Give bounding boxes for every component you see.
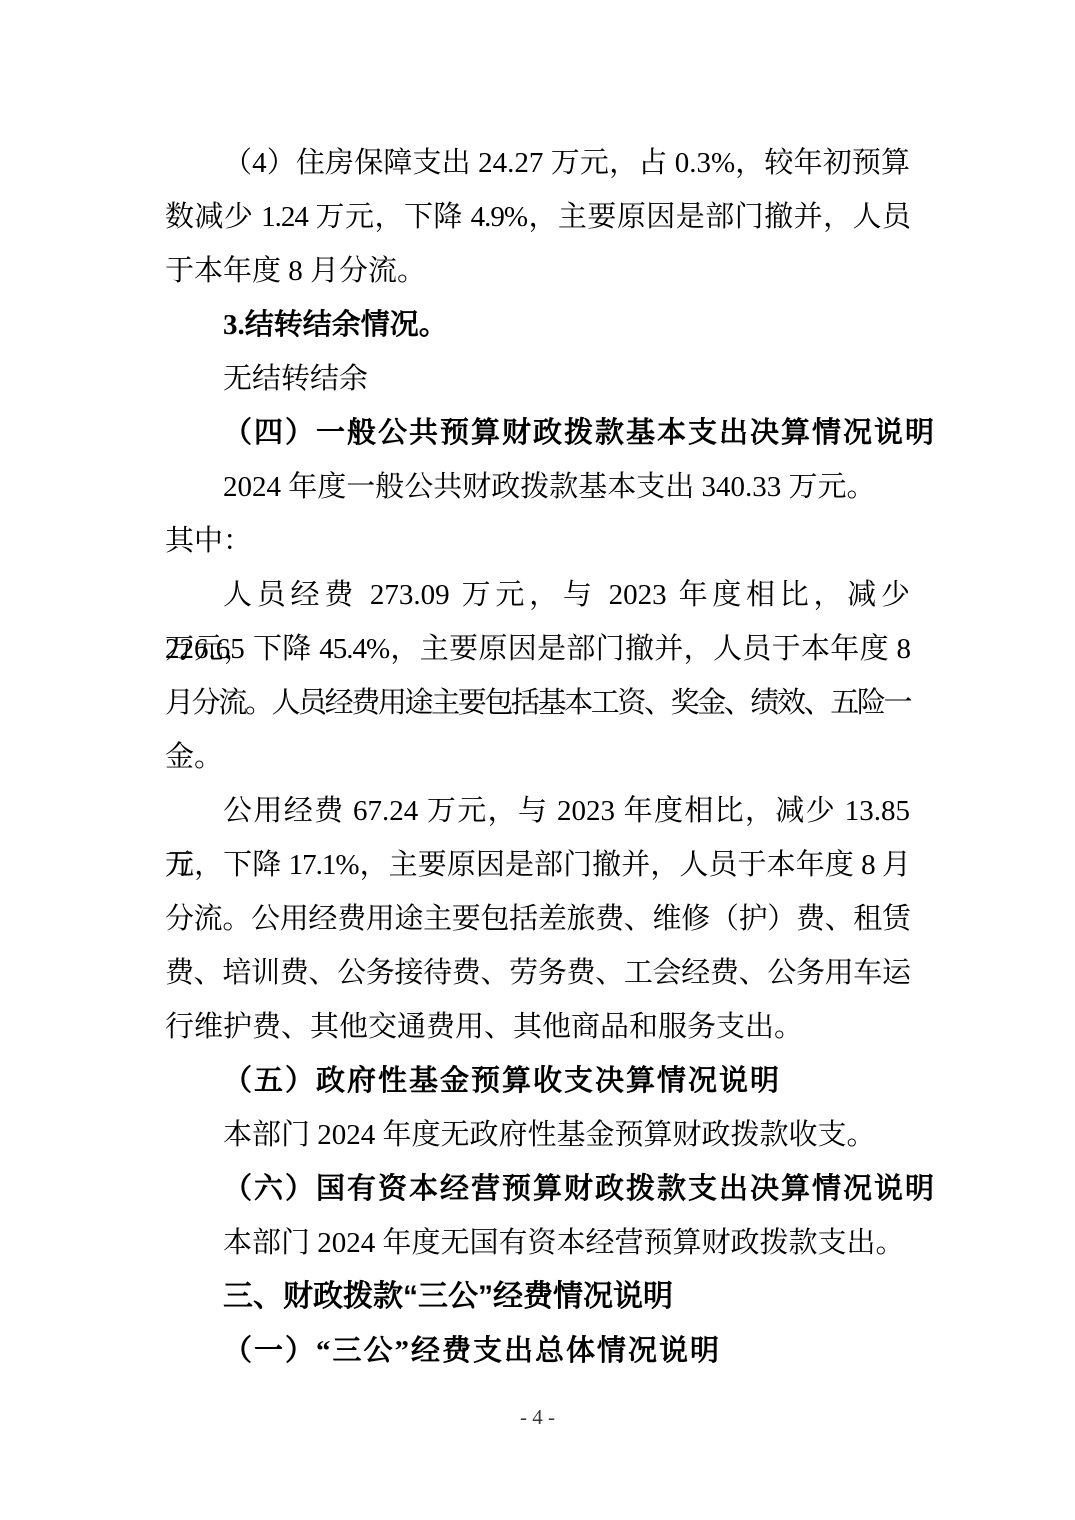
including-label: 其中： (165, 514, 910, 568)
personnel-expense-line-4: 金。 (165, 730, 910, 784)
personnel-expense-line-1: 人员经费 273.09 万元，与 2023 年度相比，减少 226.65 (165, 568, 910, 622)
personnel-expense-line-3: 月分流。人员经费用途主要包括基本工资、奖金、绩效、五险一 (165, 676, 910, 730)
heading-section-four: （四）一般公共预算财政拨款基本支出决算情况说明 (165, 406, 910, 460)
housing-expense-line-3: 于本年度 8 月分流。 (165, 244, 910, 298)
public-expense-line-3: 分流。公用经费用途主要包括差旅费、维修（护）费、租赁 (165, 892, 910, 946)
heading-section-six: （六）国有资本经营预算财政拨款支出决算情况说明 (165, 1162, 910, 1216)
document-page: （4）住房保障支出 24.27 万元，占 0.3%，较年初预算 数减少 1.24… (0, 0, 1075, 1520)
public-expense-line-5: 行维护费、其他交通费用、其他商品和服务支出。 (165, 1000, 910, 1054)
page-number: - 4 - (0, 1402, 1075, 1432)
public-expense-line-1: 公用经费 67.24 万元，与 2023 年度相比，减少 13.85 万 (165, 784, 910, 838)
state-capital-note: 本部门 2024 年度无国有资本经营预算财政拨款支出。 (165, 1216, 910, 1270)
public-expense-line-4: 费、培训费、公务接待费、劳务费、工会经费、公务用车运 (165, 946, 910, 1000)
no-carryover-note: 无结转结余 (165, 352, 910, 406)
document-body: （4）住房保障支出 24.27 万元，占 0.3%，较年初预算 数减少 1.24… (165, 136, 910, 1378)
housing-expense-line-2: 数减少 1.24 万元，下降 4.9%，主要原因是部门撤并，人员 (165, 190, 910, 244)
heading-part-three: 三、财政拨款“三公”经费情况说明 (165, 1270, 910, 1324)
gov-fund-note: 本部门 2024 年度无政府性基金预算财政拨款收支。 (165, 1108, 910, 1162)
heading-carryover-status: 3.结转结余情况。 (165, 298, 910, 352)
personnel-expense-line-2: 万元，下降 45.4%，主要原因是部门撤并，人员于本年度 8 (165, 622, 910, 676)
heading-section-five: （五）政府性基金预算收支决算情况说明 (165, 1054, 910, 1108)
heading-section-three-one: （一）“三公”经费支出总体情况说明 (165, 1324, 910, 1378)
public-expense-line-2: 元，下降 17.1%，主要原因是部门撤并，人员于本年度 8 月 (165, 838, 910, 892)
housing-expense-line-1: （4）住房保障支出 24.27 万元，占 0.3%，较年初预算 (165, 136, 910, 190)
basic-expense-total-line: 2024 年度一般公共财政拨款基本支出 340.33 万元。 (165, 460, 910, 514)
